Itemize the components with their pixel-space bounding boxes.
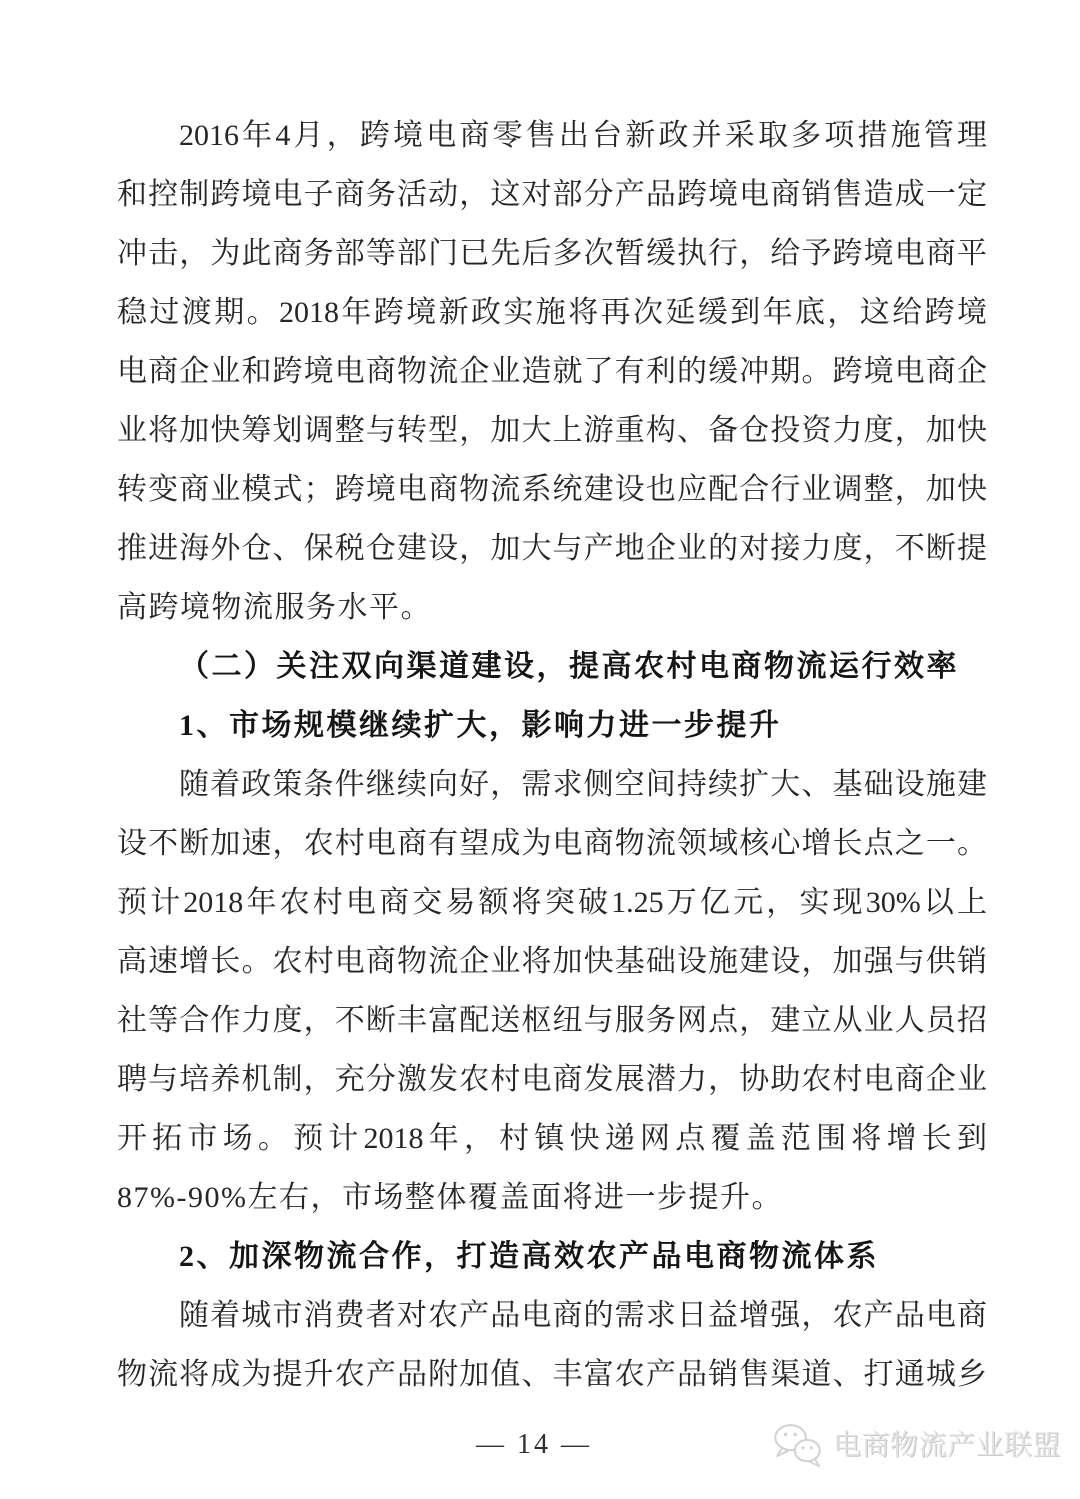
text-line: 推进海外仓、保税仓建设，加大与产地企业的对接力度，不断提 bbox=[117, 519, 987, 578]
text-line: 转变商业模式；跨境电商物流系统建设也应配合行业调整，加快 bbox=[117, 460, 987, 519]
text-line: 聘与培养机制，充分激发农村电商发展潜力，协助农村电商企业 bbox=[117, 1050, 987, 1109]
text-line: 1、市场规模继续扩大，影响力进一步提升 bbox=[117, 696, 987, 755]
page-number: — 14 — bbox=[476, 1428, 592, 1462]
text-line: 开拓市场。预计2018年，村镇快递网点覆盖范围将增长到 bbox=[117, 1109, 987, 1168]
text-line: 预计2018年农村电商交易额将突破1.25万亿元，实现30%以上 bbox=[117, 873, 987, 932]
document-body: 2016年4月，跨境电商零售出台新政并采取多项措施管理和控制跨境电子商务活动，这… bbox=[117, 106, 987, 1404]
text-line: 高速增长。农村电商物流企业将加快基础设施建设，加强与供销 bbox=[117, 932, 987, 991]
text-line: 设不断加速，农村电商有望成为电商物流领域核心增长点之一。 bbox=[117, 814, 987, 873]
text-line: 随着政策条件继续向好，需求侧空间持续扩大、基础设施建 bbox=[117, 755, 987, 814]
text-line: 2、加深物流合作，打造高效农产品电商物流体系 bbox=[117, 1227, 987, 1286]
text-line: 高跨境物流服务水平。 bbox=[117, 578, 987, 637]
text-line: 和控制跨境电子商务活动，这对部分产品跨境电商销售造成一定 bbox=[117, 165, 987, 224]
document-page: 2016年4月，跨境电商零售出台新政并采取多项措施管理和控制跨境电子商务活动，这… bbox=[0, 0, 1080, 1499]
text-line: （二）关注双向渠道建设，提高农村电商物流运行效率 bbox=[117, 637, 987, 696]
text-line: 2016年4月，跨境电商零售出台新政并采取多项措施管理 bbox=[117, 106, 987, 165]
watermark: 电商物流产业联盟 bbox=[770, 1420, 1061, 1470]
text-line: 业将加快筹划调整与转型，加大上游重构、备仓投资力度，加快 bbox=[117, 401, 987, 460]
text-line: 冲击，为此商务部等部门已先后多次暂缓执行，给予跨境电商平 bbox=[117, 224, 987, 283]
text-line: 社等合作力度，不断丰富配送枢纽与服务网点，建立从业人员招 bbox=[117, 991, 987, 1050]
text-line: 随着城市消费者对农产品电商的需求日益增强，农产品电商 bbox=[117, 1286, 987, 1345]
text-line: 物流将成为提升农产品附加值、丰富农产品销售渠道、打通城乡 bbox=[117, 1345, 987, 1404]
text-line: 电商企业和跨境电商物流企业造就了有利的缓冲期。跨境电商企 bbox=[117, 342, 987, 401]
watermark-text: 电商物流产业联盟 bbox=[833, 1421, 1061, 1469]
text-line: 87%-90%左右，市场整体覆盖面将进一步提升。 bbox=[117, 1168, 987, 1227]
text-line: 稳过渡期。2018年跨境新政实施将再次延缓到年底，这给跨境 bbox=[117, 283, 987, 342]
wechat-icon bbox=[770, 1420, 826, 1470]
